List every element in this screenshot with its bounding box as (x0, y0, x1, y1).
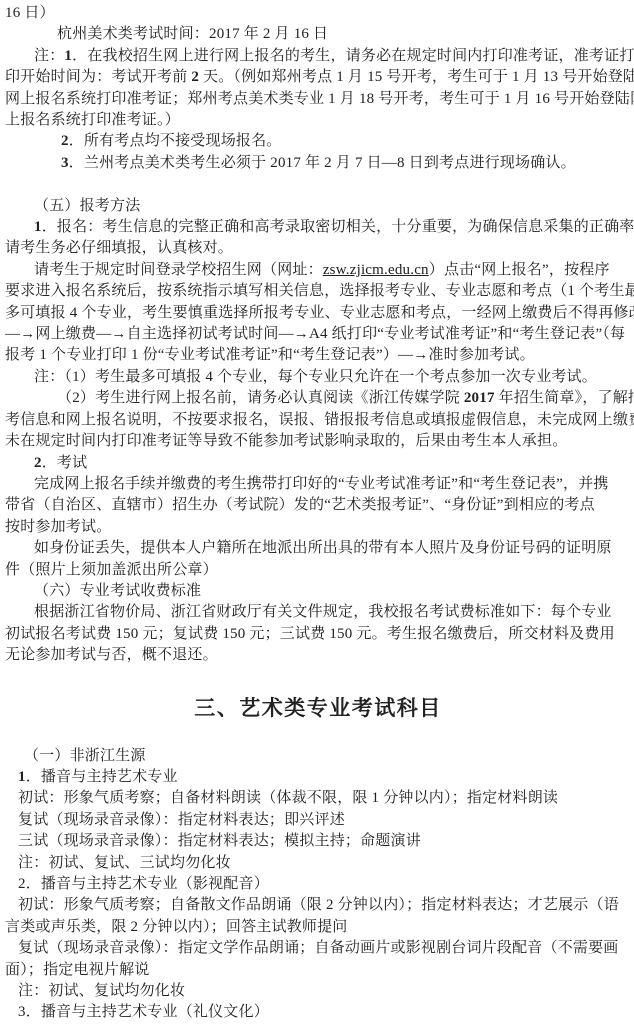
text-line: 2．播音与主持艺术专业（影视配音） (5, 874, 631, 895)
text-line: 请考生务必仔细填报，认真核对。 (5, 238, 631, 259)
text-run: 言类或声乐类，限 2 分钟以内）；回答主试教师提问 (5, 919, 348, 935)
text-run: —→网上缴费—→自主选择初试考试时间—→A4 纸打印“专业考试准考证”和“考生登… (5, 326, 625, 342)
text-run: （六）专业考试收费标准 (34, 583, 201, 599)
text-line: 无论参加考试与否，概不退还。 (5, 645, 631, 666)
text-line: 言类或声乐类，限 2 分钟以内）；回答主试教师提问 (5, 917, 631, 938)
text-line: 3．播音与主持艺术专业（礼仪文化） (5, 1002, 631, 1023)
text-run: 2 (34, 455, 42, 471)
text-run: 注： (34, 48, 64, 64)
url-text: zsw.zjicm.edu.cn (323, 262, 429, 278)
text-run: 初试报名考试费 150 元；复试费 150 元；三试费 150 元。考生报名缴费… (5, 626, 615, 642)
text-run: 杭州美术类考试时间：2017 年 2 月 16 日 (57, 26, 328, 42)
text-run: 初试：形象气质考察；自备散文作品朗诵（限 2 分钟以内）；指定材料表达；才艺展示… (18, 897, 619, 913)
text-run: 请考生于规定时间登录学校招生网（网址： (34, 262, 323, 278)
text-line: 上报名系统打印准考证。） (5, 110, 631, 131)
text-line: 按时参加考试。 (5, 517, 631, 538)
text-run: 注：（1）考生最多可填报 4 个专业，每个专业只允许在一个考点参加一次专业考试。 (34, 369, 597, 385)
text-run: 报考 1 个专业打印 1 份“专业考试准考证”和“考生登记表”）—→准时参加考试… (5, 347, 535, 363)
text-run: 2．播音与主持艺术专业（影视配音） (18, 876, 269, 892)
text-line: 完成网上报名手续并缴费的考生携带打印好的“专业考试准考证”和“考生登记表”，并携 (5, 474, 631, 495)
text-run: 带省（自治区、直辖市）招生办（考试院）发的“艺术类报考证”、“身份证”到相应的考… (5, 497, 595, 513)
text-run: 注：初试、复试均勿化妆 (18, 983, 185, 999)
text-line: —→网上缴费—→自主选择初试考试时间—→A4 纸打印“专业考试准考证”和“考生登… (5, 324, 631, 345)
text-run: 注：初试、复试、三试均勿化妆 (18, 855, 231, 871)
text-run: 2017 (464, 390, 495, 406)
text-line: 3．兰州考点美术类考生必须于 2017 年 2 月 7 日—8 日到考点进行现场… (5, 153, 631, 174)
text-run: ）点击“网上报名”，按程序 (429, 262, 610, 278)
text-run: 复试（现场录音录像）：指定材料表达；即兴评述 (18, 812, 345, 828)
text-run: 复试（现场录音录像）：指定文学作品朗诵；自备动画片或影视剧台词片段配音（不需要画 (18, 940, 619, 956)
text-run: 请考生务必仔细填报，认真核对。 (5, 240, 233, 256)
text-run: 16 日） (5, 5, 55, 21)
text-line: 1．报名：考生信息的完整正确和高考录取密切相关，十分重要，为确保信息采集的正确率… (5, 217, 631, 238)
text-run: 多可填报 4 个专业，考生要慎重选择所报考专业、专业志愿和考点，一经网上缴费后不… (5, 305, 634, 321)
text-run: ．兰州考点美术类考生必须于 2017 年 2 月 7 日—8 日到考点进行现场确… (69, 155, 576, 171)
text-run: 要求进入报名系统后，按系统指示填写相关信息，选择报考专业、专业志愿和考点（1 个… (5, 283, 634, 299)
text-run: 未在规定时间内打印准考证等导致不能参加考试影响录取的，后果由考生本人承担。 (5, 433, 567, 449)
text-line: （一）非浙江生源 (5, 746, 631, 767)
text-run: 考信息和网上报名说明，不按要求报名，误报、错报报考信息或填报虚假信息，未完成网上… (5, 412, 634, 428)
text-line: （五）报考方法 (5, 196, 631, 217)
text-line: 三试（现场录音录像）：指定材料表达；模拟主持；命题演讲 (5, 831, 631, 852)
text-line: 带省（自治区、直辖市）招生办（考试院）发的“艺术类报考证”、“身份证”到相应的考… (5, 495, 631, 516)
text-line: 如身份证丢失，提供本人户籍所在地派出所出具的带有本人照片及身份证号码的证明原 (5, 538, 631, 559)
text-line: 考信息和网上报名说明，不按要求报名，误报、错报报考信息或填报虚假信息，未完成网上… (5, 410, 631, 431)
text-line: （六）专业考试收费标准 (5, 581, 631, 602)
text-line: 16 日） (5, 3, 631, 24)
text-line: （2）考生进行网上报名前，请务必认真阅读《浙江传媒学院 2017 年招生简章》，… (5, 388, 631, 409)
text-line: 初试：形象气质考察；自备材料朗读（体裁不限，限 1 分钟以内）；指定材料朗读 (5, 788, 631, 809)
text-run: 2 (191, 69, 199, 85)
text-run: 1 (34, 219, 42, 235)
text-line: 注：（1）考生最多可填报 4 个专业，每个专业只允许在一个考点参加一次专业考试。 (5, 367, 631, 388)
text-run: （一）非浙江生源 (24, 748, 146, 764)
text-run: 三试（现场录音录像）：指定材料表达；模拟主持；命题演讲 (18, 833, 421, 849)
text-line: 请考生于规定时间登录学校招生网（网址：zsw.zjicm.edu.cn）点击“网… (5, 260, 631, 281)
text-line: 1．播音与主持艺术专业 (5, 767, 631, 788)
text-run: 件（照片上须加盖派出所公章） (5, 562, 218, 578)
text-line: 报考 1 个专业打印 1 份“专业考试准考证”和“考生登记表”）—→准时参加考试… (5, 345, 631, 366)
text-run: ．所有考点均不接受现场报名。 (69, 133, 282, 149)
text-line: 复试（现场录音录像）：指定材料表达；即兴评述 (5, 810, 631, 831)
text-run: ．播音与主持艺术专业 (26, 769, 178, 785)
text-line: 面）；指定电视片解说 (5, 960, 631, 981)
text-run: 天。（例如郑州考点 1 月 15 号开考，考生可于 1 月 13 号开始登陆 (199, 69, 634, 85)
text-run: 无论参加考试与否，概不退还。 (5, 647, 218, 663)
text-run: 1 (64, 48, 72, 64)
text-line: 复试（现场录音录像）：指定文学作品朗诵；自备动画片或影视剧台词片段配音（不需要画 (5, 938, 631, 959)
text-run: 按时参加考试。 (5, 519, 111, 535)
text-line: 杭州美术类考试时间：2017 年 2 月 16 日 (5, 24, 631, 45)
text-run: 上报名系统打印准考证。） (5, 112, 180, 128)
text-line: 印开始时间为：考试开考前 2 天。（例如郑州考点 1 月 15 号开考，考生可于… (5, 67, 631, 88)
section-heading: 三、艺术类专业考试科目 (5, 694, 631, 724)
text-line: 根据浙江省物价局、浙江省财政厅有关文件规定，我校报名考试费标准如下：每个专业 (5, 602, 631, 623)
text-run: （2）考生进行网上报名前，请务必认真阅读《浙江传媒学院 (57, 390, 464, 406)
text-run: 如身份证丢失，提供本人户籍所在地派出所出具的带有本人照片及身份证号码的证明原 (34, 540, 612, 556)
text-line: 注：1．在我校招生网上进行网上报名的考生，请务必在规定时间内打印准考证，准考证打 (5, 46, 631, 67)
text-line: 多可填报 4 个专业，考生要慎重选择所报考专业、专业志愿和考点，一经网上缴费后不… (5, 303, 631, 324)
text-line: 件（照片上须加盖派出所公章） (5, 560, 631, 581)
text-run: ．在我校招生网上进行网上报名的考生，请务必在规定时间内打印准考证，准考证打 (72, 48, 634, 64)
text-run: 印开始时间为：考试开考前 (5, 69, 191, 85)
text-line: 未在规定时间内打印准考证等导致不能参加考试影响录取的，后果由考生本人承担。 (5, 431, 631, 452)
text-run: 2 (61, 133, 69, 149)
text-run: 完成网上报名手续并缴费的考生携带打印好的“专业考试准考证”和“考生登记表”，并携 (34, 476, 609, 492)
text-run: 3．播音与主持艺术专业（礼仪文化） (18, 1004, 269, 1020)
text-line: 网上报名系统打印准考证；郑州考点美术类专业 1 月 18 号开考，考生可于 1 … (5, 89, 631, 110)
document-page: 16 日）杭州美术类考试时间：2017 年 2 月 16 日注：1．在我校招生网… (0, 0, 634, 1024)
text-run: ．考试 (42, 455, 88, 471)
text-run: 年招生简章》，了解报 (495, 390, 634, 406)
text-run: 初试：形象气质考察；自备材料朗读（体裁不限，限 1 分钟以内）；指定材料朗读 (18, 790, 558, 806)
text-line: 注：初试、复试、三试均勿化妆 (5, 853, 631, 874)
text-run: 面）；指定电视片解说 (5, 962, 150, 978)
text-run: 根据浙江省物价局、浙江省财政厅有关文件规定，我校报名考试费标准如下：每个专业 (34, 604, 612, 620)
text-run: ．报名：考生信息的完整正确和高考录取密切相关，十分重要，为确保信息采集的正确率， (42, 219, 634, 235)
text-line: 初试报名考试费 150 元；复试费 150 元；三试费 150 元。考生报名缴费… (5, 624, 631, 645)
text-run: 1 (18, 769, 26, 785)
text-run: 网上报名系统打印准考证；郑州考点美术类专业 1 月 18 号开考，考生可于 1 … (5, 91, 634, 107)
text-line: 注：初试、复试均勿化妆 (5, 981, 631, 1002)
text-run: （五）报考方法 (34, 198, 140, 214)
text-run: 3 (61, 155, 69, 171)
text-line: 2．考试 (5, 453, 631, 474)
text-line: 2．所有考点均不接受现场报名。 (5, 131, 631, 152)
text-line: 初试：形象气质考察；自备散文作品朗诵（限 2 分钟以内）；指定材料表达；才艺展示… (5, 895, 631, 916)
text-line: 要求进入报名系统后，按系统指示填写相关信息，选择报考专业、专业志愿和考点（1 个… (5, 281, 631, 302)
